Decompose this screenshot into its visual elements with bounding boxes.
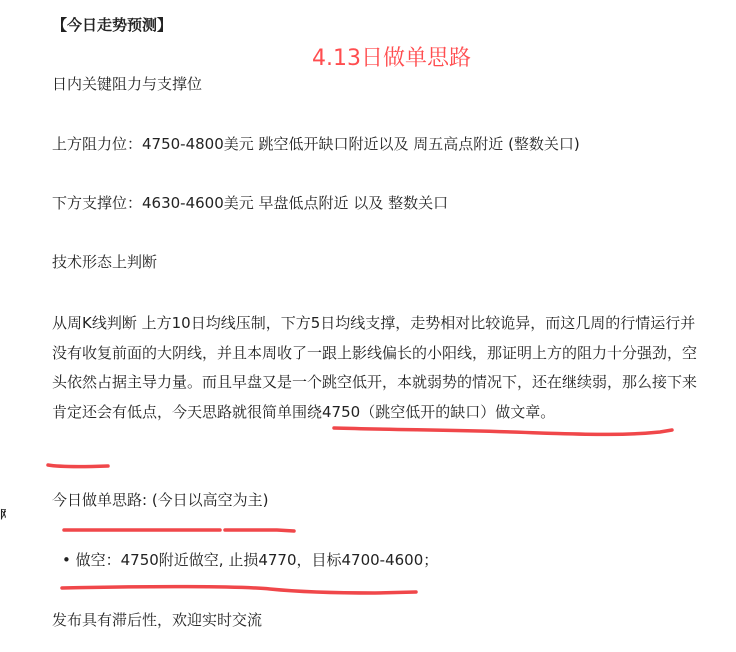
overlay-title: 4.13日做单思路 <box>312 44 471 74</box>
strategy-bullet: • 做空：4750附近做空, 止损4770，目标4700-4600； <box>62 545 438 575</box>
analysis-highlight: 今天思路就很简单围绕4750（跳空低开的缺口）做文章。 <box>172 403 555 421</box>
analysis-paragraph: 从周K线判断 上方10日均线压制，下方5日均线支撑，走势相对比较诡异，而这几周的… <box>52 309 702 427</box>
underline-strategy-heading <box>64 530 294 531</box>
resistance-levels: 上方阻力位：4750-4800美元 跳空低开缺口附近以及 周五高点附近 (整数关… <box>52 129 580 159</box>
section-key-levels: 日内关键阻力与支撑位 <box>52 69 202 99</box>
section-heading-forecast: 【今日走势预测】 <box>52 10 172 40</box>
strategy-heading: 今日做单思路: (今日以高空为主) <box>52 485 269 515</box>
underline-highlight-2 <box>48 465 108 467</box>
underline-strategy-bullet <box>62 587 416 593</box>
underline-highlight-1 <box>334 428 672 434</box>
edge-fragment: 网 <box>0 506 6 522</box>
support-levels: 下方支撑位：4630-4600美元 早盘低点附近 以及 整数关口 <box>52 188 448 218</box>
disclaimer: 发布具有滞后性，欢迎实时交流 <box>52 605 262 635</box>
section-technical: 技术形态上判断 <box>52 247 157 277</box>
